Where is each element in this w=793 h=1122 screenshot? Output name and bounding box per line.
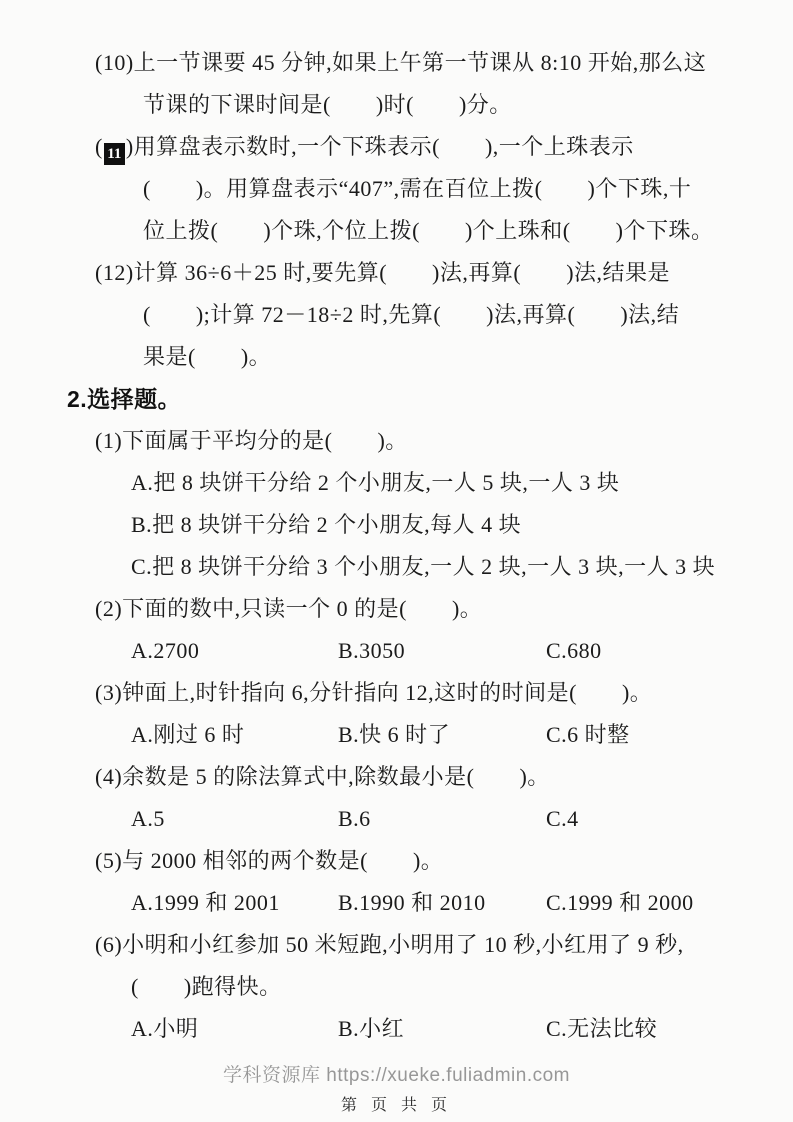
choice-q1-option-b: B.把 8 块饼干分给 2 个小朋友,每人 4 块 [0, 504, 793, 546]
question-11-line-2: ( )。用算盘表示“407”,需在百位上拨( )个下珠,十 [0, 168, 793, 210]
question-11-open-paren: ( [95, 134, 103, 159]
choice-q3-option-b: B.快 6 时了 [338, 714, 546, 756]
choice-q2-option-a: A.2700 [131, 630, 338, 672]
choice-q4-stem: (4)余数是 5 的除法算式中,除数最小是( )。 [0, 756, 793, 798]
site-watermark: 学科资源库 https://xueke.fuliadmin.com [0, 1060, 793, 1087]
page-number-label: 第 页 共 页 [0, 1092, 793, 1115]
choice-q5-option-a: A.1999 和 2001 [131, 882, 338, 924]
choice-q1-stem: (1)下面属于平均分的是( )。 [0, 420, 793, 462]
choice-q2-stem: (2)下面的数中,只读一个 0 的是( )。 [0, 588, 793, 630]
section-2-title: 2.选择题。 [0, 378, 793, 420]
choice-q3-stem: (3)钟面上,时针指向 6,分针指向 12,这时的时间是( )。 [0, 672, 793, 714]
choice-q3-option-a: A.刚过 6 时 [131, 714, 338, 756]
choice-q1-option-a: A.把 8 块饼干分给 2 个小朋友,一人 5 块,一人 3 块 [0, 462, 793, 504]
worksheet-page: (10)上一节课要 45 分钟,如果上午第一节课从 8:10 开始,那么这 节课… [0, 0, 793, 1122]
choice-q3-option-c: C.6 时整 [546, 714, 793, 756]
choice-q1-option-c: C.把 8 块饼干分给 3 个小朋友,一人 2 块,一人 3 块,一人 3 块 [0, 546, 793, 588]
choice-q5-stem: (5)与 2000 相邻的两个数是( )。 [0, 840, 793, 882]
choice-q2-options: A.2700 B.3050 C.680 [0, 630, 793, 672]
choice-q4-option-a: A.5 [131, 798, 338, 840]
choice-q2-option-b: B.3050 [338, 630, 546, 672]
choice-q6-stem-line-2: ( )跑得快。 [0, 966, 793, 1008]
question-11-line-1: (11)用算盘表示数时,一个下珠表示( ),一个上珠表示 [0, 126, 793, 168]
question-12-line-3: 果是( )。 [0, 336, 793, 378]
choice-q5-options: A.1999 和 2001 B.1990 和 2010 C.1999 和 200… [0, 882, 793, 924]
choice-q3-options: A.刚过 6 时 B.快 6 时了 C.6 时整 [0, 714, 793, 756]
question-11-line-1-text: )用算盘表示数时,一个下珠表示( ),一个上珠表示 [126, 134, 634, 159]
choice-q5-option-b: B.1990 和 2010 [338, 882, 546, 924]
choice-q6-stem-line-1: (6)小明和小红参加 50 米短跑,小明用了 10 秒,小红用了 9 秒, [0, 924, 793, 966]
choice-q4-option-b: B.6 [338, 798, 546, 840]
choice-q4-options: A.5 B.6 C.4 [0, 798, 793, 840]
question-10-line-2: 节课的下课时间是( )时( )分。 [0, 84, 793, 126]
choice-q5-option-c: C.1999 和 2000 [546, 882, 793, 924]
choice-q4-option-c: C.4 [546, 798, 793, 840]
question-12-line-1: (12)计算 36÷6＋25 时,要先算( )法,再算( )法,结果是 [0, 252, 793, 294]
question-12-line-2: ( );计算 72－18÷2 时,先算( )法,再算( )法,结 [0, 294, 793, 336]
question-11-number-badge: 11 [104, 143, 125, 165]
choice-q6-option-c: C.无法比较 [546, 1008, 793, 1050]
choice-q2-option-c: C.680 [546, 630, 793, 672]
question-11-line-3: 位上拨( )个珠,个位上拨( )个上珠和( )个下珠。 [0, 210, 793, 252]
choice-q6-option-b: B.小红 [338, 1008, 546, 1050]
choice-q6-option-a: A.小明 [131, 1008, 338, 1050]
question-10-line-1: (10)上一节课要 45 分钟,如果上午第一节课从 8:10 开始,那么这 [0, 42, 793, 84]
choice-q6-options: A.小明 B.小红 C.无法比较 [0, 1008, 793, 1050]
